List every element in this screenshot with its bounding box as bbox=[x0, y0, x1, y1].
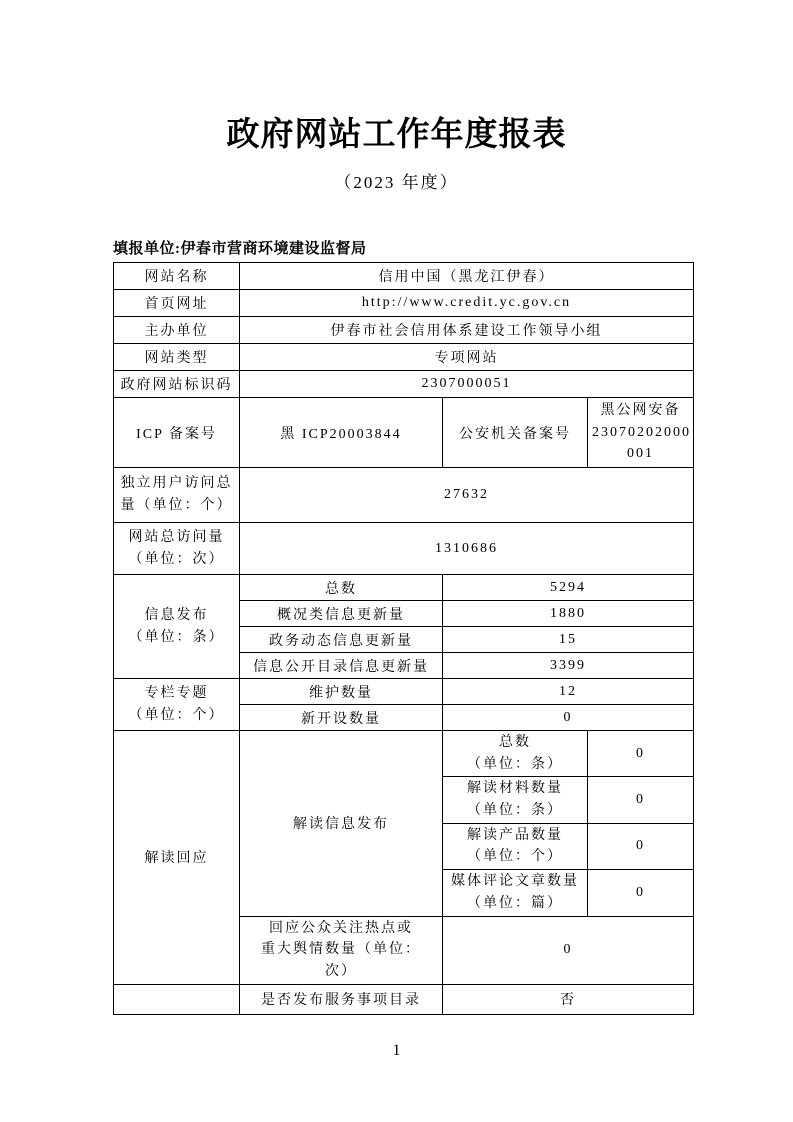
report-page: 政府网站工作年度报表 （2023 年度） 填报单位:伊春市营商环境建设监督局 网… bbox=[0, 0, 793, 1122]
table-row: 信息发布 （单位：条） 总数 5294 bbox=[114, 575, 694, 601]
total-visits-value: 1310686 bbox=[240, 523, 694, 575]
home-url-label: 首页网址 bbox=[114, 290, 240, 317]
interp-media-value: 0 bbox=[588, 870, 694, 916]
interp-product-value: 0 bbox=[588, 823, 694, 869]
topics-maintained-label: 维护数量 bbox=[240, 679, 443, 705]
sponsor-label: 主办单位 bbox=[114, 317, 240, 344]
annual-report-table: 网站名称 信用中国（黑龙江伊春） 首页网址 http://www.credit.… bbox=[113, 262, 694, 1015]
icp-value: 黑 ICP20003844 bbox=[240, 398, 443, 468]
site-type-label: 网站类型 bbox=[114, 344, 240, 371]
page-title: 政府网站工作年度报表 bbox=[0, 108, 793, 155]
table-row: 独立用户访问总 量（单位：个） 27632 bbox=[114, 468, 694, 523]
home-url-value: http://www.credit.yc.gov.cn bbox=[240, 290, 694, 317]
info-gov-news-value: 15 bbox=[443, 627, 694, 653]
table-row: 主办单位 伊春市社会信用体系建设工作领导小组 bbox=[114, 317, 694, 344]
topics-new-label: 新开设数量 bbox=[240, 705, 443, 731]
interpretation-label: 解读回应 bbox=[114, 731, 240, 985]
info-open-catalog-value: 3399 bbox=[443, 653, 694, 679]
police-record-value: 黑公网安备 23070202000 001 bbox=[588, 398, 694, 468]
service-catalog-label: 是否发布服务事项目录 bbox=[240, 984, 443, 1014]
page-number: 1 bbox=[0, 1042, 793, 1060]
info-overview-value: 1880 bbox=[443, 601, 694, 627]
interp-total-label: 总数 （单位：条） bbox=[443, 731, 588, 777]
response-hotspot-value: 0 bbox=[443, 916, 694, 984]
info-publish-label: 信息发布 （单位：条） bbox=[114, 575, 240, 679]
interp-total-value: 0 bbox=[588, 731, 694, 777]
interp-media-label: 媒体评论文章数量 （单位：篇） bbox=[443, 870, 588, 916]
table-row: 网站类型 专项网站 bbox=[114, 344, 694, 371]
info-overview-label: 概况类信息更新量 bbox=[240, 601, 443, 627]
table-row: 是否发布服务事项目录 否 bbox=[114, 984, 694, 1014]
unique-visitors-value: 27632 bbox=[240, 468, 694, 523]
info-total-label: 总数 bbox=[240, 575, 443, 601]
sponsor-value: 伊春市社会信用体系建设工作领导小组 bbox=[240, 317, 694, 344]
topics-maintained-value: 12 bbox=[443, 679, 694, 705]
interpretation-publish-label: 解读信息发布 bbox=[240, 731, 443, 917]
unique-visitors-label: 独立用户访问总 量（单位：个） bbox=[114, 468, 240, 523]
table-row: 专栏专题 （单位：个） 维护数量 12 bbox=[114, 679, 694, 705]
total-visits-label: 网站总访问量 （单位：次） bbox=[114, 523, 240, 575]
table-row: 政府网站标识码 2307000051 bbox=[114, 371, 694, 398]
table-row: ICP 备案号 黑 ICP20003844 公安机关备案号 黑公网安备 2307… bbox=[114, 398, 694, 468]
site-code-label: 政府网站标识码 bbox=[114, 371, 240, 398]
info-total-value: 5294 bbox=[443, 575, 694, 601]
site-code-value: 2307000051 bbox=[240, 371, 694, 398]
columns-topics-label: 专栏专题 （单位：个） bbox=[114, 679, 240, 731]
info-gov-news-label: 政务动态信息更新量 bbox=[240, 627, 443, 653]
interp-material-value: 0 bbox=[588, 777, 694, 823]
reporting-unit-label: 填报单位:伊春市营商环境建设监督局 bbox=[113, 237, 367, 258]
table-row: 网站名称 信用中国（黑龙江伊春） bbox=[114, 263, 694, 290]
site-name-value: 信用中国（黑龙江伊春） bbox=[240, 263, 694, 290]
table-row: 解读回应 解读信息发布 总数 （单位：条） 0 bbox=[114, 731, 694, 777]
table-row: 首页网址 http://www.credit.yc.gov.cn bbox=[114, 290, 694, 317]
icp-label: ICP 备案号 bbox=[114, 398, 240, 468]
table-row: 网站总访问量 （单位：次） 1310686 bbox=[114, 523, 694, 575]
empty-cell bbox=[114, 984, 240, 1014]
interp-product-label: 解读产品数量 （单位：个） bbox=[443, 823, 588, 869]
site-type-value: 专项网站 bbox=[240, 344, 694, 371]
topics-new-value: 0 bbox=[443, 705, 694, 731]
interp-material-label: 解读材料数量 （单位：条） bbox=[443, 777, 588, 823]
site-name-label: 网站名称 bbox=[114, 263, 240, 290]
report-year-subtitle: （2023 年度） bbox=[0, 168, 793, 193]
response-hotspot-label: 回应公众关注热点或 重大舆情数量（单位： 次） bbox=[240, 916, 443, 984]
service-catalog-value: 否 bbox=[443, 984, 694, 1014]
police-record-label: 公安机关备案号 bbox=[443, 398, 588, 468]
info-open-catalog-label: 信息公开目录信息更新量 bbox=[240, 653, 443, 679]
